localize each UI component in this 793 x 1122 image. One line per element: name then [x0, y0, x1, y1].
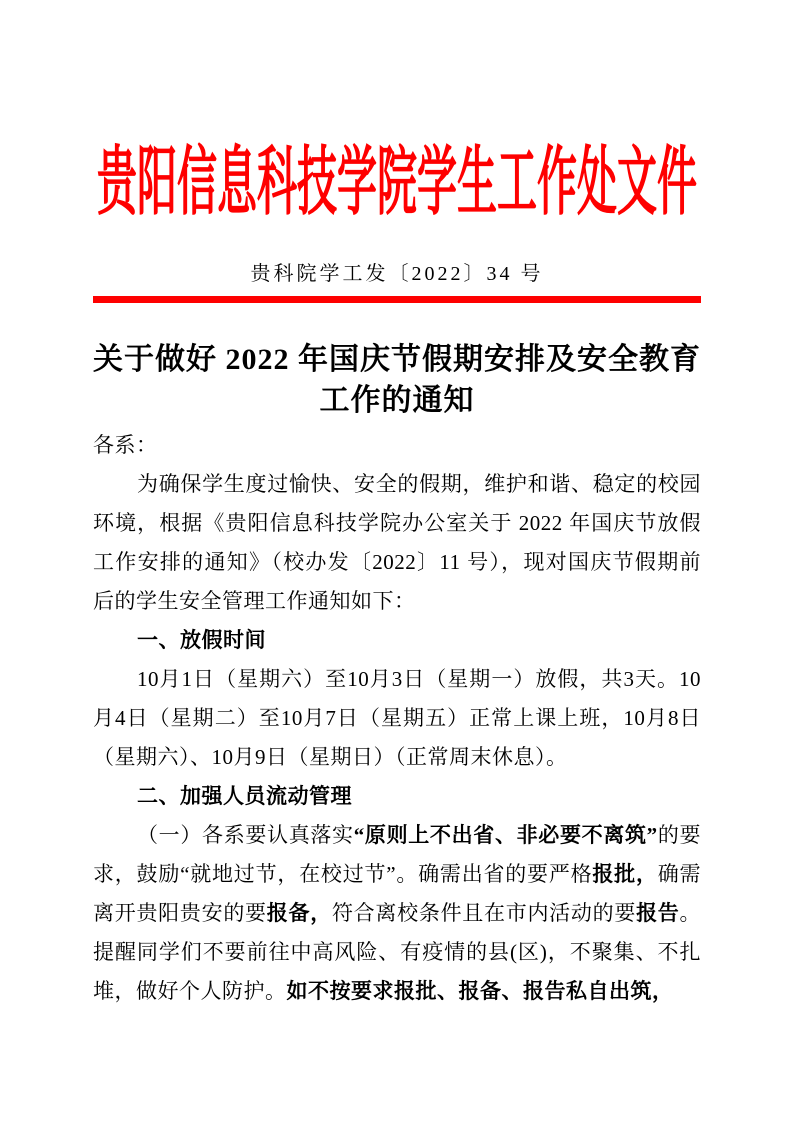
letterhead-title: 贵阳信息科技学院学生工作处文件: [97, 138, 697, 228]
run-plain: 符合离校条件且在市内活动的要: [332, 901, 636, 925]
document-number: 贵科院学工发〔2022〕34 号: [93, 261, 701, 287]
notice-body: 各系： 为确保学生度过愉快、安全的假期，维护和谐、稳定的校园环境，根据《贵阳信息…: [93, 426, 701, 1011]
salutation: 各系：: [93, 426, 701, 465]
section-1-paragraph: 10月1日（星期六）至10月3日（星期一）放假，共3天。10月4日（星期二）至1…: [93, 660, 701, 777]
document-page: 贵阳信息科技学院学生工作处文件 贵科院学工发〔2022〕34 号 关于做好 20…: [0, 0, 793, 1122]
paragraph-intro: 为确保学生度过愉快、安全的假期，维护和谐、稳定的校园环境，根据《贵阳信息科技学院…: [93, 465, 701, 621]
run-bold-baogao: 报告: [636, 901, 679, 925]
section-1-heading: 一、放假时间: [93, 621, 701, 660]
section-2-heading: 二、加强人员流动管理: [93, 777, 701, 816]
run-bold-baopi: 报批，: [592, 862, 657, 886]
run-plain: （一）各系要认真落实: [137, 823, 354, 847]
run-bold-quoted-policy: “原则上不出省、非必要不离筑”: [354, 823, 658, 847]
letterhead: 贵阳信息科技学院学生工作处文件: [93, 138, 701, 232]
section-2-item-1: （一）各系要认真落实“原则上不出省、非必要不离筑”的要求，鼓励“就地过节，在校过…: [93, 816, 701, 1011]
notice-title: 关于做好 2022 年国庆节假期安排及安全教育 工作的通知: [93, 339, 701, 421]
run-bold-warning: 如不按要求报批、报备、报告私自出筑，: [287, 979, 674, 1003]
notice-title-line-2: 工作的通知: [93, 380, 701, 421]
red-divider-rule: [93, 296, 701, 303]
document-content: 贵阳信息科技学院学生工作处文件 贵科院学工发〔2022〕34 号 关于做好 20…: [93, 138, 701, 1011]
run-bold-baobei: 报备，: [267, 901, 332, 925]
notice-title-line-1: 关于做好 2022 年国庆节假期安排及安全教育: [93, 339, 701, 380]
